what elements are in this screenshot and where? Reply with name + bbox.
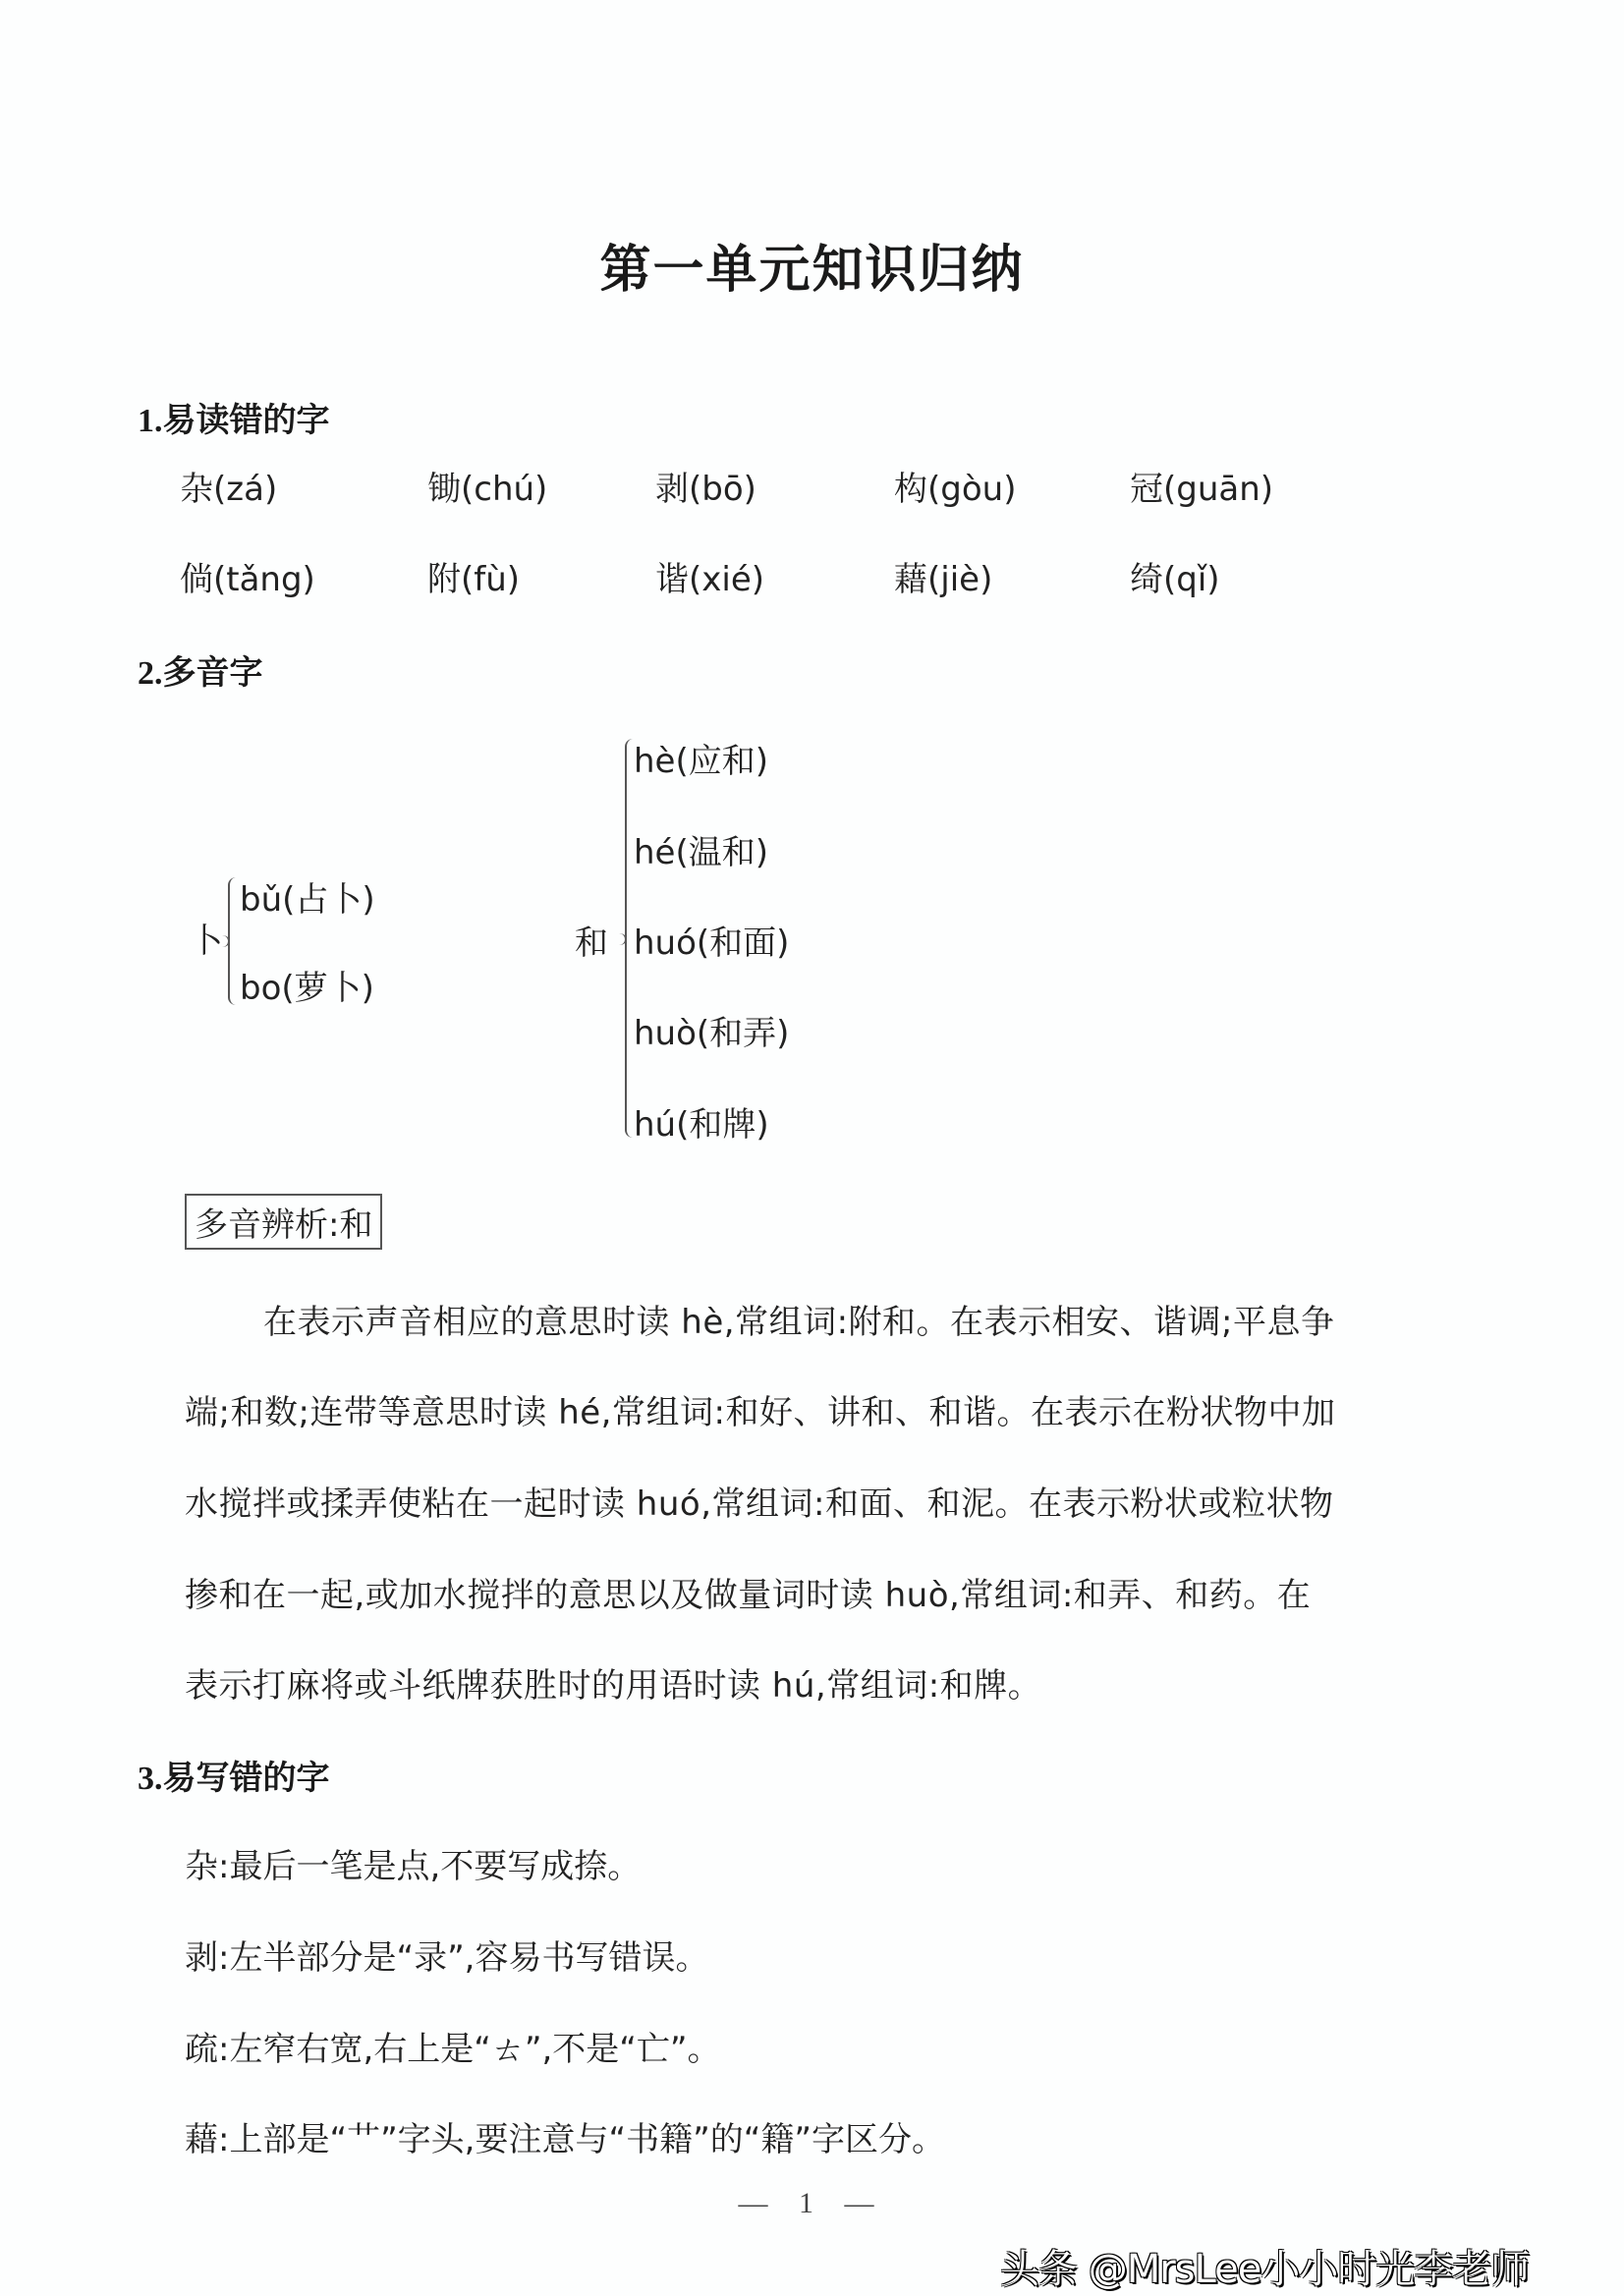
writing-note: 藉:上部是“艹”字头,要注意与“书籍”的“籍”字区分。 [185,2112,945,2160]
polyphone-reading: bo(萝卜) [240,961,374,1009]
polyphone-reading: hè(应和) [634,734,768,782]
analysis-paragraph-line: 水搅拌或揉弄使粘在一起时读 huó,常组词:和面、和泥。在表示粉状或粒状物 [185,1477,1333,1525]
section-title: 易写错的字 [163,1759,330,1798]
page-number: — 1 — [0,2187,1624,2220]
analysis-label-box: 多音辨析:和 [185,1194,382,1250]
polyphone-reading: hé(温和) [634,825,768,873]
char-item: 剥(bō) [655,462,756,510]
char-item: 绮(qǐ) [1130,552,1220,600]
section-heading-2: 2.多音字 [138,645,263,694]
polyphone-reading: bǔ(占卜) [240,872,375,921]
section-number: 1. [138,403,163,439]
writing-note: 杂:最后一笔是点,不要写成捺。 [185,1839,641,1887]
section-title: 易读错的字 [163,401,330,440]
analysis-paragraph-line: 掺和在一起,或加水搅拌的意思以及做量词时读 huò,常组词:和弄、和药。在 [185,1568,1311,1616]
section-heading-3: 3.易写错的字 [138,1751,330,1799]
analysis-paragraph-line: 端;和数;连带等意思时读 hé,常组词:和好、讲和、和谐。在表示在粉状物中加 [185,1385,1335,1433]
polyphone-reading: hú(和牌) [634,1097,769,1146]
analysis-paragraph-line: 表示打麻将或斗纸牌获胜时的用语时读 hú,常组词:和牌。 [185,1658,1041,1707]
polyphone-reading: huó(和面) [634,916,789,964]
section-number: 2. [138,655,163,692]
section-number: 3. [138,1761,163,1797]
page-title: 第一单元知识归纳 [0,228,1624,302]
section-title: 多音字 [163,653,263,693]
polyphone-char: 卜 [190,914,223,962]
char-item: 附(fù) [427,552,520,600]
document-page: 第一单元知识归纳 1.易读错的字 杂(zá) 锄(chú) 剥(bō) 构(gò… [0,0,1624,2296]
watermark: 头条 @MrsLee小小时光李老师 [1000,2238,1529,2294]
char-item: 谐(xié) [655,552,764,600]
char-item: 藉(jiè) [894,552,992,600]
analysis-paragraph-line: 在表示声音相应的意思时读 hè,常组词:附和。在表示相安、谐调;平息争 [263,1295,1335,1343]
char-item: 倘(tǎng) [180,552,315,600]
char-item: 冠(guān) [1130,462,1273,510]
char-item: 构(gòu) [894,462,1016,510]
writing-note: 剥:左半部分是“录”,容易书写错误。 [185,1931,709,1979]
polyphone-char: 和 [575,916,608,964]
polyphone-reading: huò(和弄) [634,1006,789,1054]
section-heading-1: 1.易读错的字 [138,393,330,441]
char-item: 杂(zá) [180,462,277,510]
writing-note: 疏:左窄右宽,右上是“ㄊ”,不是“亡”。 [185,2022,721,2070]
char-item: 锄(chú) [427,462,547,510]
